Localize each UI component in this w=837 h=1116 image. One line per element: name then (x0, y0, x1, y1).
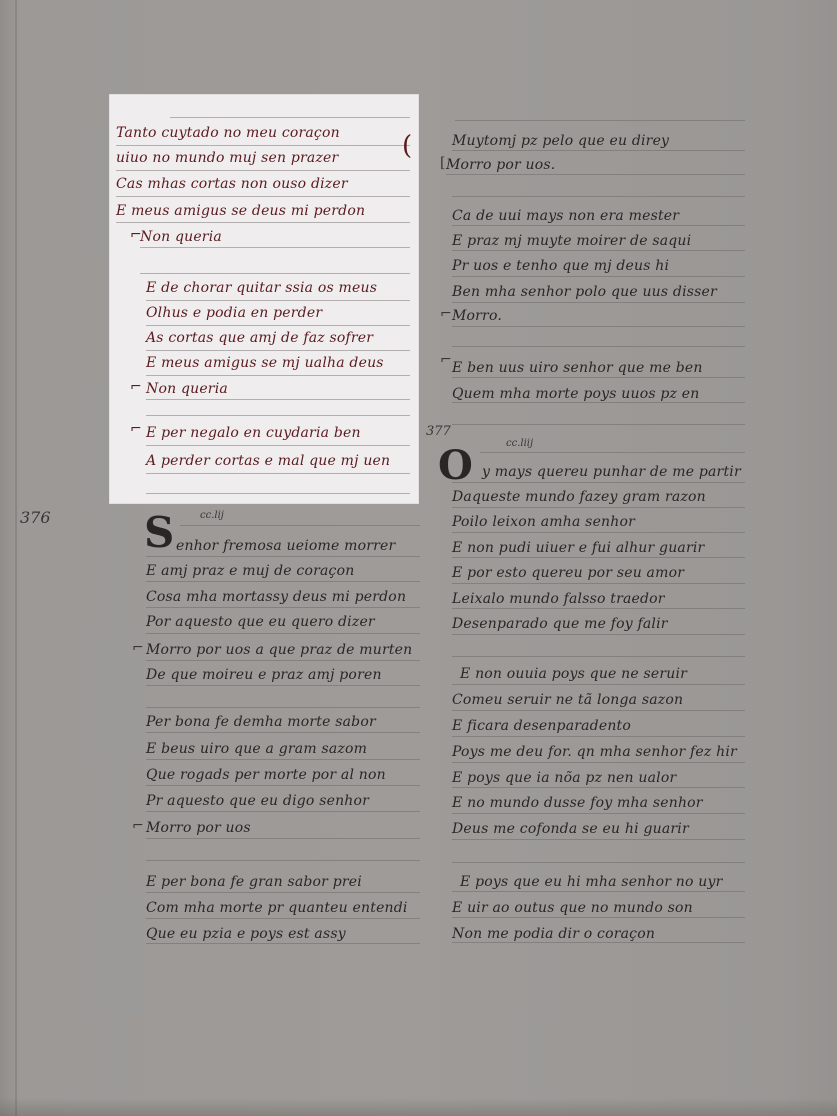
verse-line: Leixalo mundo falsso traedor (452, 591, 665, 607)
ruling-line (452, 634, 745, 635)
ruling-line (480, 452, 745, 453)
ruling-line (452, 402, 745, 403)
paragraph-mark: ⌐ (130, 379, 142, 395)
refrain-line: Non queria (146, 381, 228, 397)
ruling-line (452, 891, 745, 892)
ruling-line (146, 556, 420, 557)
ruling-line (146, 350, 410, 351)
verse-line: Pr uos e tenho que mj deus hi (452, 258, 669, 274)
ruling-line (452, 736, 745, 737)
ruling-line (452, 583, 745, 584)
drop-cap: S (144, 512, 174, 554)
ruling-line (452, 787, 745, 788)
ruling-line (116, 196, 410, 197)
paragraph-mark: ⌐ (132, 640, 144, 656)
verse-line: y mays quereu punhar de me partir (482, 464, 741, 480)
verse-line: As cortas que amj de faz sofrer (146, 330, 373, 346)
ruling-line (146, 399, 410, 400)
ruling-line (452, 250, 745, 251)
ruling-line (452, 507, 745, 508)
ruling-line (146, 892, 420, 893)
ruling-line (146, 759, 420, 760)
paragraph-mark: ⌐ (440, 352, 452, 368)
verse-line: E meus amigus se deus mi perdon (116, 203, 365, 219)
paragraph-mark: ⌐ (132, 818, 144, 834)
page-edge (15, 0, 17, 1116)
ruling-line (146, 493, 410, 494)
ruling-line (146, 581, 420, 582)
ruling-line (452, 150, 745, 151)
ruling-line (146, 943, 420, 944)
paragraph-mark: [ (440, 155, 445, 171)
ruling-line (146, 785, 420, 786)
ruling-line (170, 117, 410, 118)
ruling-line (452, 710, 745, 711)
ruling-line (140, 273, 410, 274)
verse-line: Quem mha morte poys uuos pz en (452, 386, 699, 402)
folio-number: 376 (20, 508, 51, 527)
ruling-line (452, 608, 745, 609)
ruling-line (146, 375, 410, 376)
poem-number-note: cc.liij (506, 438, 533, 449)
ruling-line (446, 174, 745, 175)
refrain-line: Morro. (452, 308, 502, 324)
ruling-line (146, 607, 420, 608)
verse-line: E praz mj muyte moirer de saqui (452, 233, 691, 249)
ruling-line (452, 225, 745, 226)
verse-line: uiuo no mundo muj sen prazer (116, 150, 338, 166)
ruling-line (146, 300, 410, 301)
ruling-line (452, 762, 745, 763)
verse-line: Muytomj pz pelo que eu direy (452, 133, 669, 149)
verse-line: De que moireu e praz amj poren (146, 667, 382, 683)
refrain-line: Morro por uos. (446, 157, 555, 173)
ruling-line (146, 633, 420, 634)
highlighted-region: Tanto cuytado no meu coraçon uiuo no mun… (110, 95, 418, 503)
verse-line: Cas mhas cortas non ouso dizer (116, 176, 348, 192)
folio-number: 377 (426, 424, 451, 439)
verse-line: Poys me deu for. qn mha senhor fez hir (452, 744, 737, 760)
verse-line: E non ouuia poys que ne seruir (460, 666, 687, 682)
verse-line: Comeu seruir ne tã longa sazon (452, 692, 683, 708)
verse-line: Deus me cofonda se eu hi guarir (452, 821, 689, 837)
ruling-line (146, 732, 420, 733)
ruling-line (452, 684, 745, 685)
verse-line: Morro por uos a que praz de murten (146, 642, 412, 658)
verse-line: Com mha morte pr quanteu entendi (146, 900, 408, 916)
verse-line: E meus amigus se mj ualha deus (146, 355, 384, 371)
verse-line: Que eu pzia e poys est assy (146, 926, 346, 942)
ruling-line (452, 326, 745, 327)
verse-line: E per bona fe gran sabor prei (146, 874, 362, 890)
ruling-line (116, 170, 410, 171)
paragraph-mark: ⌐ (130, 421, 142, 437)
verse-line: Per bona fe demha morte sabor (146, 714, 376, 730)
verse-line: E uir ao outus que no mundo son (452, 900, 693, 916)
ruling-line (452, 656, 745, 657)
ruling-line (146, 473, 410, 474)
ruling-line (116, 145, 410, 146)
ruling-line (146, 707, 420, 708)
refrain-line: Morro por uos (146, 820, 251, 836)
verse-line: E de chorar quitar ssia os meus (146, 280, 377, 296)
ruling-line (146, 918, 420, 919)
ruling-line (180, 525, 420, 526)
ruling-line (452, 557, 745, 558)
ruling-line (452, 839, 745, 840)
verse-line: E ficara desenparadento (452, 718, 631, 734)
ruling-line (452, 424, 745, 425)
verse-line: E amj praz e muj de coraçon (146, 563, 354, 579)
verse-line: Poilo leixon amha senhor (452, 514, 635, 530)
verse-line: E no mundo dusse foy mha senhor (452, 795, 703, 811)
ruling-line (146, 445, 410, 446)
ruling-line (452, 862, 745, 863)
margin-bracket: ( (402, 131, 412, 161)
ruling-line (452, 276, 745, 277)
ruling-line (452, 942, 745, 943)
verse-line: Daqueste mundo fazey gram razon (452, 489, 706, 505)
manuscript-page: Tanto cuytado no meu coraçon uiuo no mun… (0, 0, 837, 1116)
ruling-line (452, 302, 745, 303)
verse-line: Pr aquesto que eu digo senhor (146, 793, 369, 809)
verse-line: Ben mha senhor polo que uus disser (452, 284, 717, 300)
verse-line: E ben uus uiro senhor que me ben (452, 360, 703, 376)
verse-line: Que rogads per morte por al non (146, 767, 386, 783)
verse-line: Non me podia dir o coraçon (452, 926, 655, 942)
ruling-line (146, 838, 420, 839)
verse-line: Olhus e podia en perder (146, 305, 322, 321)
verse-line: E beus uiro que a gram sazom (146, 741, 367, 757)
ruling-line (455, 120, 745, 121)
verse-line: enhor fremosa ueiome morrer (176, 538, 395, 554)
verse-line: Desenparado que me foy falir (452, 616, 668, 632)
ruling-line (452, 813, 745, 814)
verse-line: E por esto quereu por seu amor (452, 565, 684, 581)
ruling-line (452, 346, 745, 347)
verse-line: E non pudi uiuer e fui alhur guarir (452, 540, 704, 556)
ruling-line (146, 811, 420, 812)
ruling-line (146, 660, 420, 661)
page-bottom-shadow (0, 1098, 837, 1116)
verse-line: Por aquesto que eu quero dizer (146, 614, 375, 630)
ruling-line (146, 325, 410, 326)
ruling-line (452, 917, 745, 918)
ruling-line (116, 222, 410, 223)
verse-line: Tanto cuytado no meu coraçon (116, 125, 340, 141)
ruling-line (140, 247, 410, 248)
verse-line: E per negalo en cuydaria ben (146, 425, 361, 441)
ruling-line (452, 377, 745, 378)
refrain-line: Non queria (140, 229, 222, 245)
verse-line: E poys que ia nõa pz nen ualor (452, 770, 676, 786)
verse-line: Ca de uui mays non era mester (452, 208, 679, 224)
ruling-line (146, 415, 410, 416)
ruling-line (452, 196, 745, 197)
verse-line: E poys que eu hi mha senhor no uyr (460, 874, 723, 890)
verse-line: A perder cortas e mal que mj uen (146, 453, 390, 469)
ruling-line (452, 482, 745, 483)
verse-line: Cosa mha mortassy deus mi perdon (146, 589, 406, 605)
paragraph-mark: ⌐ (440, 306, 452, 322)
ruling-line (146, 685, 420, 686)
drop-cap: O (438, 446, 473, 486)
ruling-line (146, 860, 420, 861)
ruling-line (452, 532, 745, 533)
poem-number-note: cc.lij (200, 510, 224, 521)
